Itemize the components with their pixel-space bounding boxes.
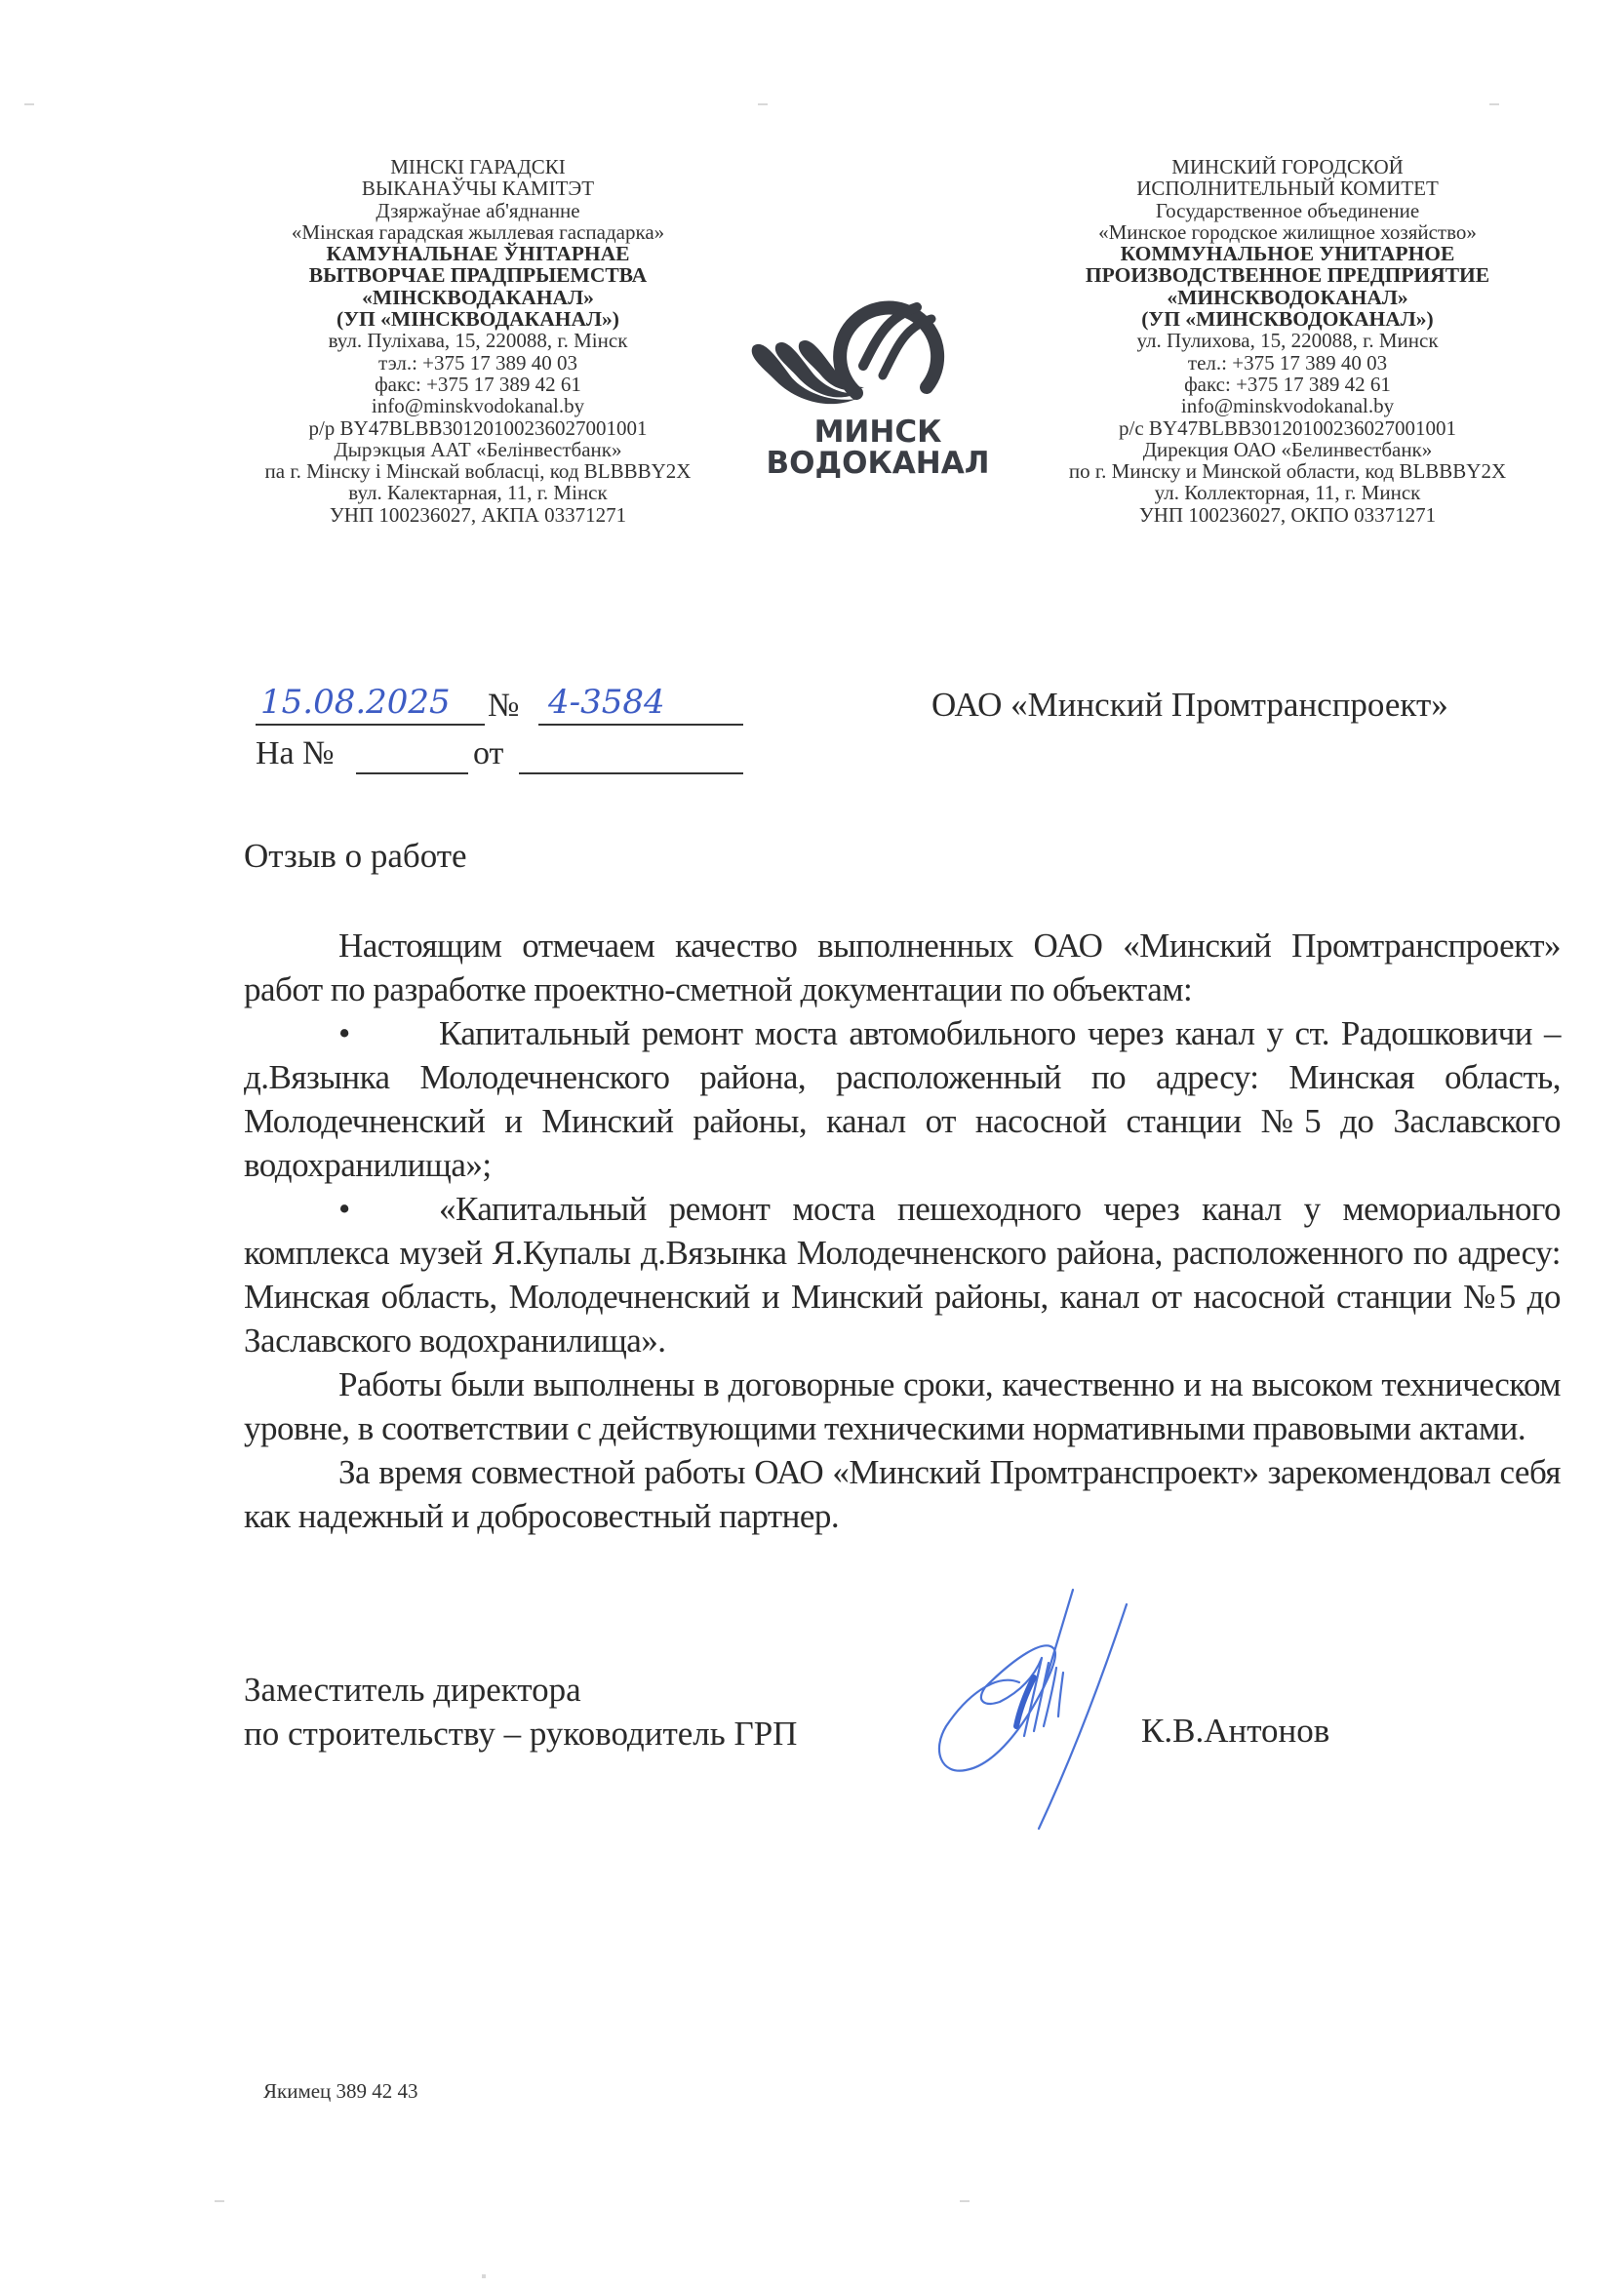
handwritten-signature-icon	[927, 1580, 1141, 1834]
letterhead-bank-region: по г. Минску и Минской области, код BLBB…	[1014, 460, 1561, 482]
number-underline	[538, 724, 743, 726]
letterhead-line: ВЫКАНАЎЧЫ КАМІТЭТ	[210, 178, 746, 199]
letterhead-org-name: ВЫТВОРЧАЕ ПРАДПРЫЕМСТВА	[210, 264, 746, 286]
letterhead-org-name: (УП «МИНСКВОДОКАНАЛ»)	[1014, 308, 1561, 330]
letterhead-bank: Дирекция ОАО «Белинвестбанк»	[1014, 439, 1561, 460]
signatory-name: К.В.Антонов	[1141, 1712, 1329, 1751]
bullet-icon: •	[338, 1187, 439, 1231]
letterhead-account: р/р BY47BLBB30120100236027001001	[210, 417, 746, 439]
letterhead-fax: факс: +375 17 389 42 61	[210, 374, 746, 395]
scan-mark	[960, 2200, 970, 2202]
body-paragraph-partner: За время совместной работы ОАО «Минский …	[244, 1450, 1561, 1538]
logo-text-line1: МИНСК	[741, 414, 1014, 450]
letterhead-org-name: «МИНСКВОДОКАНАЛ»	[1014, 287, 1561, 308]
from-label: от	[473, 735, 503, 772]
project-list-item-text: «Капитальный ремонт моста пешеходного че…	[244, 1190, 1561, 1360]
letterhead-line: ИСПОЛНИТЕЛЬНЫЙ КОМИТЕТ	[1014, 178, 1561, 199]
reply-date-underline	[519, 772, 743, 774]
scan-mark	[24, 103, 34, 105]
outgoing-date-handwritten: 15.08.2025	[260, 683, 451, 722]
body-paragraph-quality: Работы были выполнены в договорные сроки…	[244, 1362, 1561, 1450]
project-list-item: •Капитальный ремонт моста автомобильного…	[244, 1011, 1561, 1187]
letterhead-belarusian: МІНСКІ ГАРАДСКІ ВЫКАНАЎЧЫ КАМІТЭТ Дзяржа…	[210, 156, 746, 526]
signatory-title-line1: Заместитель директора	[244, 1668, 797, 1712]
letterhead-org-name: КОММУНАЛЬНОЕ УНИТАРНОЕ	[1014, 243, 1561, 264]
scan-mark	[758, 103, 768, 105]
recipient: ОАО «Минский Промтранспроект»	[931, 686, 1448, 725]
letterhead-line: МИНСКИЙ ГОРОДСКОЙ	[1014, 156, 1561, 178]
project-list-item-text: Капитальный ремонт моста автомобильного …	[244, 1014, 1561, 1184]
letterhead-bank-region: па г. Мінску і Мінскай вобласці, код BLB…	[210, 460, 746, 482]
letter-body: Настоящим отмечаем качество выполненных …	[244, 924, 1561, 1538]
letter-subject: Отзыв о работе	[244, 837, 467, 876]
logo-text-line2: ВОДОКАНАЛ	[741, 446, 1014, 481]
letterhead-bank: Дырэкцыя ААТ «Белінвестбанк»	[210, 439, 746, 460]
letterhead-email: info@minskvodokanal.by	[210, 395, 746, 416]
letterhead-email: info@minskvodokanal.by	[1014, 395, 1561, 416]
letterhead-phone: тел.: +375 17 389 40 03	[1014, 352, 1561, 374]
minskvodokanal-logo: МИНСК ВОДОКАНАЛ	[741, 278, 1014, 483]
letterhead-tax-ids: УНП 100236027, ОКПО 03371271	[1014, 504, 1561, 526]
letterhead-line: «Мінская гарадская жыллевая гаспадарка»	[210, 221, 746, 243]
bullet-icon: •	[338, 1011, 439, 1055]
scan-mark	[215, 2200, 224, 2202]
number-label: №	[488, 688, 519, 725]
letterhead-org-name: (УП «МІНСКВОДАКАНАЛ»)	[210, 308, 746, 330]
letterhead-account: р/с BY47BLBB30120100236027001001	[1014, 417, 1561, 439]
reply-number-underline	[356, 772, 468, 774]
letterhead-fax: факс: +375 17 389 42 61	[1014, 374, 1561, 395]
minskvodokanal-logo-icon	[741, 278, 1014, 414]
executor-contact: Якимец 389 42 43	[263, 2079, 418, 2104]
letterhead-line: МІНСКІ ГАРАДСКІ	[210, 156, 746, 178]
letterhead-bank-address: вул. Калектарная, 11, г. Мінск	[210, 482, 746, 503]
letterhead-line: «Минское городское жилищное хозяйство»	[1014, 221, 1561, 243]
scan-mark	[482, 2274, 486, 2278]
letterhead-org-name: КАМУНАЛЬНАЕ ЎНІТАРНАЕ	[210, 243, 746, 264]
outgoing-number-handwritten: 4-3584	[548, 683, 665, 722]
letter-page: МІНСКІ ГАРАДСКІ ВЫКАНАЎЧЫ КАМІТЭТ Дзяржа…	[0, 0, 1624, 2288]
signatory-title: Заместитель директора по строительству –…	[244, 1668, 797, 1755]
letterhead-russian: МИНСКИЙ ГОРОДСКОЙ ИСПОЛНИТЕЛЬНЫЙ КОМИТЕТ…	[1014, 156, 1561, 526]
letterhead-bank-address: ул. Коллекторная, 11, г. Минск	[1014, 482, 1561, 503]
letterhead-phone: тэл.: +375 17 389 40 03	[210, 352, 746, 374]
body-intro: Настоящим отмечаем качество выполненных …	[244, 924, 1561, 1011]
letterhead-tax-ids: УНП 100236027, АКПА 03371271	[210, 504, 746, 526]
scan-mark	[1489, 103, 1499, 105]
letterhead-org-name: «МІНСКВОДАКАНАЛ»	[210, 287, 746, 308]
registration-block: 15.08.2025 № 4-3584 На № от	[256, 683, 743, 782]
reply-to-label: На №	[256, 735, 335, 772]
letterhead-org-name: ПРОИЗВОДСТВЕННОЕ ПРЕДПРИЯТИЕ	[1014, 264, 1561, 286]
letterhead-line: Дзяржаўнае аб'яднанне	[210, 200, 746, 221]
date-underline	[256, 724, 485, 726]
letterhead-address: вул. Пуліхава, 15, 220088, г. Мінск	[210, 330, 746, 351]
letterhead-address: ул. Пулихова, 15, 220088, г. Минск	[1014, 330, 1561, 351]
project-list-item: •«Капитальный ремонт моста пешеходного ч…	[244, 1187, 1561, 1362]
letterhead-line: Государственное объединение	[1014, 200, 1561, 221]
signatory-title-line2: по строительству – руководитель ГРП	[244, 1712, 797, 1755]
